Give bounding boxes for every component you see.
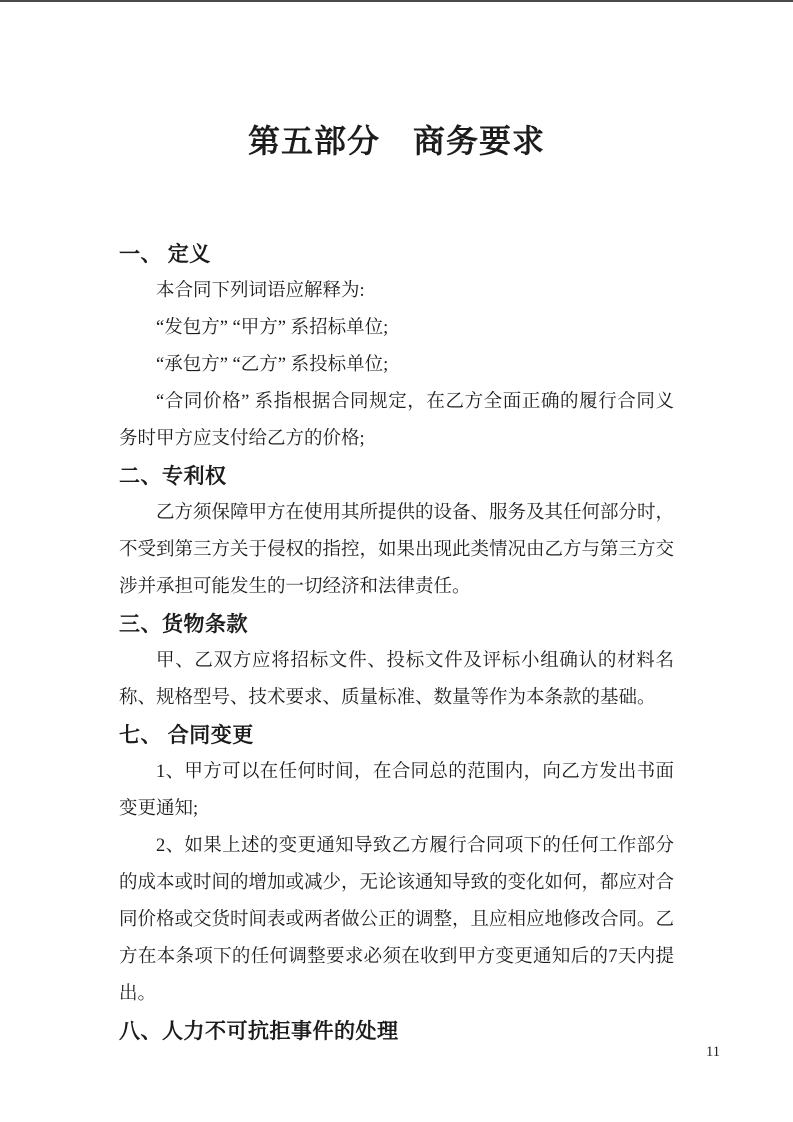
paragraph-definition-contractor: “承包方” “乙方” 系投标单位;	[119, 347, 674, 384]
document-title: 第五部分 商务要求	[119, 120, 674, 162]
section-heading-goods-terms: 三、货物条款	[119, 606, 674, 643]
paragraph-definitions-intro: 本合同下列词语应解释为:	[119, 273, 674, 310]
paragraph-goods-terms: 甲、乙双方应将招标文件、投标文件及评标小组确认的材料名称、规格型号、技术要求、质…	[119, 643, 674, 717]
section-definitions: 一、 定义 本合同下列词语应解释为: “发包方” “甲方” 系招标单位; “承包…	[119, 236, 674, 458]
paragraph-definition-employer: “发包方” “甲方” 系招标单位;	[119, 310, 674, 347]
paragraph-change-notice: 1、甲方可以在任何时间，在合同总的范围内，向乙方发出书面变更通知;	[119, 754, 674, 828]
paragraph-patent-rights: 乙方须保障甲方在使用其所提供的设备、服务及其任何部分时，不受到第三方关于侵权的指…	[119, 495, 674, 606]
section-heading-patent-rights: 二、专利权	[119, 458, 674, 495]
paragraph-change-adjustment: 2、如果上述的变更通知导致乙方履行合同项下的任何工作部分的成本或时间的增加或减少…	[119, 828, 674, 1013]
section-heading-definitions: 一、 定义	[119, 236, 674, 273]
section-heading-force-majeure: 八、人力不可抗拒事件的处理	[119, 1013, 674, 1050]
section-patent-rights: 二、专利权 乙方须保障甲方在使用其所提供的设备、服务及其任何部分时，不受到第三方…	[119, 458, 674, 606]
page-number: 11	[706, 1044, 720, 1060]
document-page: 第五部分 商务要求 一、 定义 本合同下列词语应解释为: “发包方” “甲方” …	[0, 0, 793, 1122]
section-force-majeure: 八、人力不可抗拒事件的处理	[119, 1013, 674, 1050]
section-heading-contract-changes: 七、 合同变更	[119, 717, 674, 754]
section-contract-changes: 七、 合同变更 1、甲方可以在任何时间，在合同总的范围内，向乙方发出书面变更通知…	[119, 717, 674, 1013]
section-goods-terms: 三、货物条款 甲、乙双方应将招标文件、投标文件及评标小组确认的材料名称、规格型号…	[119, 606, 674, 717]
paragraph-definition-contract-price: “合同价格” 系指根据合同规定，在乙方全面正确的履行合同义务时甲方应支付给乙方的…	[119, 384, 674, 458]
